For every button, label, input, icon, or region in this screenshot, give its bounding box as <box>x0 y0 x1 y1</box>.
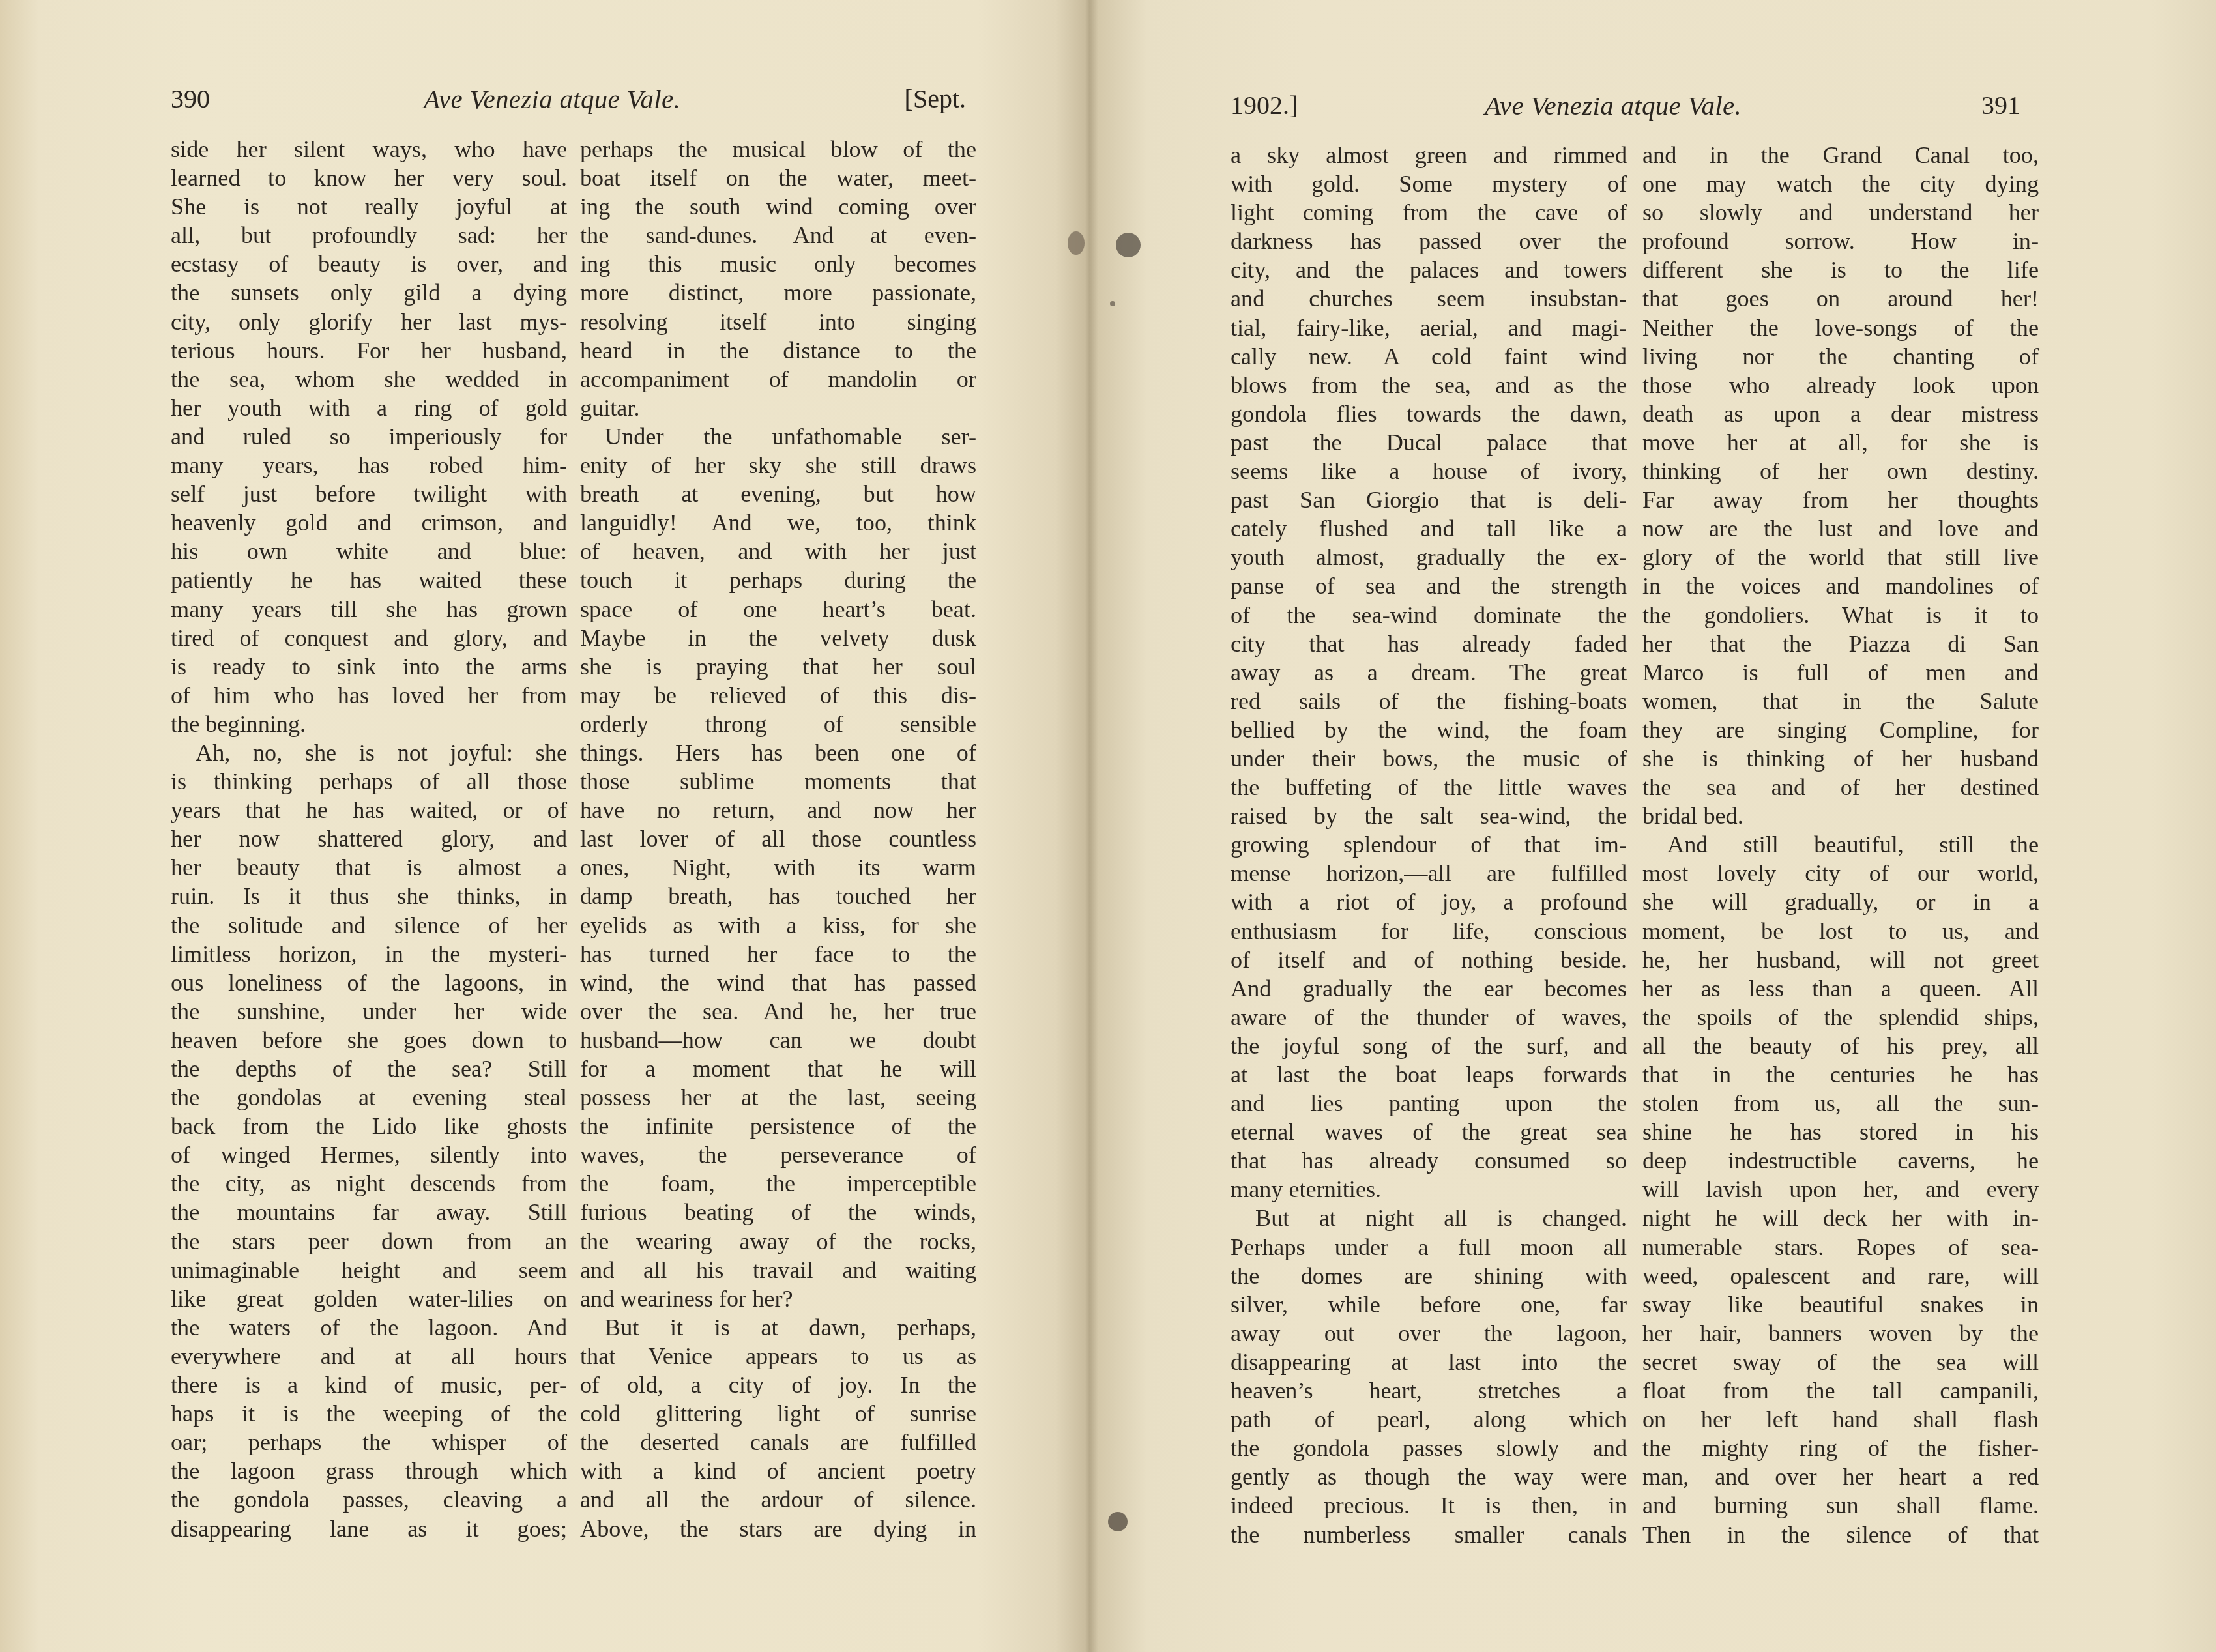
text-column: perhaps the musical blow of theboat itse… <box>580 135 976 1543</box>
text-line: ing this music only becomes <box>580 250 976 278</box>
text-column: side her silent ways, who havelearned to… <box>171 135 567 1543</box>
text-line: tired of conquest and glory, and <box>171 624 567 652</box>
text-line: the waters of the lagoon. And <box>171 1313 567 1342</box>
text-line: seems like a house of ivory, <box>1231 457 1627 485</box>
text-line: the depths of the sea? Still <box>171 1054 567 1083</box>
text-line: everywhere and at all hours <box>171 1342 567 1370</box>
text-line: the spoils of the splendid ships, <box>1642 1003 2039 1032</box>
text-line: of him who has loved her from <box>171 681 567 710</box>
text-line: most lovely city of our world, <box>1642 859 2039 888</box>
text-line: move her at all, for she is <box>1642 428 2039 457</box>
text-line: panse of sea and the strength <box>1231 572 1627 600</box>
text-line: the wearing away of the rocks, <box>580 1227 976 1256</box>
text-line: heaven’s heart, stretches a <box>1231 1376 1627 1405</box>
text-line: profound sorrow. How in- <box>1642 227 2039 255</box>
text-line: with gold. Some mystery of <box>1231 169 1627 198</box>
text-line: and all his travail and waiting <box>580 1256 976 1284</box>
text-line: light coming from the cave of <box>1231 198 1627 227</box>
text-line: heard in the distance to the <box>580 336 976 365</box>
text-line: waves, the perseverance of <box>580 1140 976 1169</box>
text-line: a sky almost green and rimmed <box>1231 141 1627 169</box>
text-line: ous loneliness of the lagoons, in <box>171 968 567 997</box>
text-line: Above, the stars are dying in <box>580 1514 976 1543</box>
text-line: path of pearl, along which <box>1231 1405 1627 1434</box>
binding-hole-mark <box>1068 231 1085 255</box>
text-line: Neither the love-songs of the <box>1642 313 2039 342</box>
text-line: past San Giorgio that is deli- <box>1231 485 1627 514</box>
date-marker: 1902.] <box>1231 86 1298 125</box>
text-line: women, that in the Salute <box>1642 687 2039 716</box>
text-line: that has already consumed so <box>1231 1146 1627 1175</box>
text-line: the joyful song of the surf, and <box>1231 1032 1627 1060</box>
text-line: But at night all is changed. <box>1231 1204 1627 1232</box>
text-line: her beauty that is almost a <box>171 853 567 882</box>
text-line: Under the unfathomable ser- <box>580 422 976 451</box>
text-line: the stars peer down from an <box>171 1227 567 1256</box>
text-line: glory of the world that still live <box>1642 543 2039 572</box>
text-line: orderly throng of sensible <box>580 710 976 738</box>
text-line: back from the Lido like ghosts <box>171 1112 567 1140</box>
text-line: float from the tall campanili, <box>1642 1376 2039 1405</box>
text-line: has turned her face to the <box>580 940 976 968</box>
text-line: cately flushed and tall like a <box>1231 514 1627 543</box>
text-line: eternal waves of the great sea <box>1231 1118 1627 1146</box>
text-line: man, and over her heart a red <box>1642 1462 2039 1491</box>
text-column: a sky almost green and rimmedwith gold. … <box>1231 141 1627 1549</box>
running-head-right: 1902.] Ave Venezia atque Vale. 391 <box>1231 86 2020 125</box>
text-line: heavenly gold and crimson, and <box>171 508 567 537</box>
text-line: husband—how can we doubt <box>580 1026 976 1054</box>
text-line: the sea, whom she wedded in <box>171 365 567 394</box>
text-line: she is praying that her soul <box>580 652 976 681</box>
text-line: side her silent ways, who have <box>171 135 567 164</box>
text-line: limitless horizon, in the mysteri- <box>171 940 567 968</box>
text-line: with a kind of ancient poetry <box>580 1456 976 1485</box>
text-line: city, and the palaces and towers <box>1231 255 1627 284</box>
text-line: eyelids as with a kiss, for she <box>580 911 976 940</box>
text-line: of heaven, and with her just <box>580 537 976 566</box>
text-line: past the Ducal palace that <box>1231 428 1627 457</box>
text-line: and in the Grand Canal too, <box>1642 141 2039 169</box>
text-line: of winged Hermes, silently into <box>171 1140 567 1169</box>
text-line: bellied by the wind, the foam <box>1231 716 1627 744</box>
text-line: city, only glorify her last mys- <box>171 308 567 336</box>
text-line: ing the south wind coming over <box>580 192 976 221</box>
text-line: and lies panting upon the <box>1231 1089 1627 1118</box>
text-line: Then in the silence of that <box>1642 1520 2039 1549</box>
text-line: tial, fairy-like, aerial, and magi- <box>1231 313 1627 342</box>
right-page: 1902.] Ave Venezia atque Vale. 391 a sky… <box>1090 0 2216 1652</box>
text-line: ruin. Is it thus she thinks, in <box>171 882 567 910</box>
text-line: all, but profoundly sad: her <box>171 221 567 250</box>
text-line: the gondolas at evening steal <box>171 1083 567 1112</box>
text-line: youth almost, gradually the ex- <box>1231 543 1627 572</box>
text-line: those who already look upon <box>1642 371 2039 399</box>
text-line: secret sway of the sea will <box>1642 1348 2039 1376</box>
text-line: of old, a city of joy. In the <box>580 1370 976 1399</box>
text-line: her that the Piazza di San <box>1642 630 2039 658</box>
text-line: of the sea-wind dominate the <box>1231 601 1627 630</box>
text-line: possess her at the last, seeing <box>580 1083 976 1112</box>
text-line: may be relieved of this dis- <box>580 681 976 710</box>
text-line: many eternities. <box>1231 1175 1627 1204</box>
text-line: the solitude and silence of her <box>171 911 567 940</box>
text-line: indeed precious. It is then, in <box>1231 1491 1627 1520</box>
text-line: Ah, no, she is not joyful: she <box>171 738 567 767</box>
text-line: ecstasy of beauty is over, and <box>171 250 567 278</box>
text-line: with a riot of joy, a profound <box>1231 888 1627 916</box>
text-line: Far away from her thoughts <box>1642 485 2039 514</box>
text-line: her youth with a ring of gold <box>171 394 567 422</box>
text-line: away out over the lagoon, <box>1231 1319 1627 1348</box>
text-line: the gondoliers. What is it to <box>1642 601 2039 630</box>
text-column: and in the Grand Canal too,one may watch… <box>1642 141 2039 1549</box>
running-title: Ave Venezia atque Vale. <box>424 80 680 119</box>
text-line: oar; perhaps the whisper of <box>171 1428 567 1456</box>
text-line: shine he has stored in his <box>1642 1118 2039 1146</box>
binding-hole-mark <box>1108 1512 1128 1531</box>
text-line: away as a dream. The great <box>1231 658 1627 687</box>
text-line: many years, has robed him- <box>171 451 567 480</box>
text-line: the sand-dunes. And at even- <box>580 221 976 250</box>
text-line: enthusiasm for life, conscious <box>1231 917 1627 946</box>
text-line: the sunshine, under her wide <box>171 997 567 1026</box>
text-line: guitar. <box>580 394 976 422</box>
text-line: touch it perhaps during the <box>580 566 976 594</box>
text-line: her now shattered glory, and <box>171 824 567 853</box>
binding-hole-mark <box>1110 301 1115 306</box>
text-line: her hair, banners woven by the <box>1642 1319 2039 1348</box>
running-title: Ave Venezia atque Vale. <box>1485 86 1742 125</box>
text-line: is ready to sink into the arms <box>171 652 567 681</box>
text-line: city that has already faded <box>1231 630 1627 658</box>
text-line: terious hours. For her husband, <box>171 336 567 365</box>
text-line: she is thinking of her husband <box>1642 744 2039 773</box>
text-line: the sunsets only gild a dying <box>171 278 567 307</box>
text-line: have no return, and now her <box>580 796 976 824</box>
binding-hole-mark <box>1116 233 1141 257</box>
text-line: the infinite persistence of the <box>580 1112 976 1140</box>
text-line: the lagoon grass through which <box>171 1456 567 1485</box>
text-line: raised by the salt sea-wind, the <box>1231 802 1627 830</box>
text-line: deep indestructible caverns, he <box>1642 1146 2039 1175</box>
text-line: so slowly and understand her <box>1642 198 2039 227</box>
text-line: haps it is the weeping of the <box>171 1399 567 1428</box>
text-line: heaven before she goes down to <box>171 1026 567 1054</box>
text-line: on her left hand shall flash <box>1642 1405 2039 1434</box>
text-line: cold glittering light of sunrise <box>580 1399 976 1428</box>
text-line: that goes on around her! <box>1642 284 2039 313</box>
text-line: Perhaps under a full moon all <box>1231 1233 1627 1262</box>
text-line: many years till she has grown <box>171 595 567 624</box>
running-head-left: 390 Ave Venezia atque Vale. [Sept. <box>171 80 966 119</box>
text-line: unimaginable height and seem <box>171 1256 567 1284</box>
text-line: self just before twilight with <box>171 480 567 508</box>
text-line: silver, while before one, far <box>1231 1290 1627 1319</box>
text-line: that Venice appears to us as <box>580 1342 976 1370</box>
text-line: Maybe in the velvety dusk <box>580 624 976 652</box>
text-line: now are the lust and love and <box>1642 514 2039 543</box>
text-line: the domes are shining with <box>1231 1262 1627 1290</box>
text-line: the deserted canals are fulfilled <box>580 1428 976 1456</box>
text-line: gently as though the way were <box>1231 1462 1627 1491</box>
text-line: and ruled so imperiously for <box>171 422 567 451</box>
text-line: breath at evening, but how <box>580 480 976 508</box>
book-spread: 390 Ave Venezia atque Vale. [Sept. side … <box>0 0 2216 1652</box>
text-line: She is not really joyful at <box>171 192 567 221</box>
page-number: 391 <box>1981 86 2020 125</box>
text-line: blows from the sea, and as the <box>1231 371 1627 399</box>
text-line: But it is at dawn, perhaps, <box>580 1313 976 1342</box>
text-line: space of one heart’s beat. <box>580 595 976 624</box>
text-line: damp breath, has touched her <box>580 882 976 910</box>
text-line: accompaniment of mandolin or <box>580 365 976 394</box>
text-line: and all the ardour of silence. <box>580 1485 976 1514</box>
text-line: aware of the thunder of waves, <box>1231 1003 1627 1032</box>
left-page: 390 Ave Venezia atque Vale. [Sept. side … <box>0 0 1090 1652</box>
text-line: like great golden water-lilies on <box>171 1284 567 1313</box>
text-line: the mighty ring of the fisher- <box>1642 1434 2039 1462</box>
text-line: there is a kind of music, per- <box>171 1370 567 1399</box>
text-line: in the voices and mandolines of <box>1642 572 2039 600</box>
text-line: boat itself on the water, meet- <box>580 164 976 192</box>
text-line: languidly! And we, too, think <box>580 508 976 537</box>
text-line: for a moment that he will <box>580 1054 976 1083</box>
text-line: death as upon a dear mistress <box>1642 399 2039 428</box>
text-line: And gradually the ear becomes <box>1231 974 1627 1003</box>
text-line: the mountains far away. Still <box>171 1198 567 1226</box>
text-line: cally new. A cold faint wind <box>1231 342 1627 371</box>
text-line: the numberless smaller canals <box>1231 1520 1627 1549</box>
text-line: moment, be lost to us, and <box>1642 917 2039 946</box>
text-line: will lavish upon her, and every <box>1642 1175 2039 1204</box>
text-line: her as less than a queen. All <box>1642 974 2039 1003</box>
text-line: the sea and of her destined <box>1642 773 2039 802</box>
text-line: growing splendour of that im- <box>1231 830 1627 859</box>
text-line: she will gradually, or in a <box>1642 888 2039 916</box>
text-line: red sails of the fishing-boats <box>1231 687 1627 716</box>
text-line: he, her husband, will not greet <box>1642 946 2039 974</box>
text-line: the gondola passes slowly and <box>1231 1434 1627 1462</box>
text-line: ones, Night, with its warm <box>580 853 976 882</box>
text-line: and churches seem insubstan- <box>1231 284 1627 313</box>
text-line: night he will deck her with in- <box>1642 1204 2039 1232</box>
text-line: all the beauty of his prey, all <box>1642 1032 2039 1060</box>
text-line: that in the centuries he has <box>1642 1060 2039 1089</box>
text-line: and weariness for her? <box>580 1284 976 1313</box>
text-line: the foam, the imperceptible <box>580 1169 976 1198</box>
page-number: 390 <box>171 80 210 119</box>
text-line: enity of her sky she still draws <box>580 451 976 480</box>
text-line: at last the boat leaps forwards <box>1231 1060 1627 1089</box>
text-line: disappearing lane as it goes; <box>171 1514 567 1543</box>
text-line: learned to know her very soul. <box>171 164 567 192</box>
text-line: perhaps the musical blow of the <box>580 135 976 164</box>
text-line: mense horizon,—all are fulfilled <box>1231 859 1627 888</box>
text-line: living nor the chanting of <box>1642 342 2039 371</box>
text-line: the beginning. <box>171 710 567 738</box>
text-line: disappearing at last into the <box>1231 1348 1627 1376</box>
text-line: more distinct, more passionate, <box>580 278 976 307</box>
text-line: patiently he has waited these <box>171 566 567 594</box>
text-line: the buffeting of the little waves <box>1231 773 1627 802</box>
text-line: things. Hers has been one of <box>580 738 976 767</box>
text-line: they are singing Compline, for <box>1642 716 2039 744</box>
text-line: Marco is full of men and <box>1642 658 2039 687</box>
text-line: and burning sun shall flame. <box>1642 1491 2039 1520</box>
text-line: is thinking perhaps of all those <box>171 767 567 796</box>
text-line: his own white and blue: <box>171 537 567 566</box>
text-line: darkness has passed over the <box>1231 227 1627 255</box>
text-line: numerable stars. Ropes of sea- <box>1642 1233 2039 1262</box>
text-line: And still beautiful, still the <box>1642 830 2039 859</box>
text-line: thinking of her own destiny. <box>1642 457 2039 485</box>
text-line: the gondola passes, cleaving a <box>171 1485 567 1514</box>
text-line: different she is to the life <box>1642 255 2039 284</box>
text-line: furious beating of the winds, <box>580 1198 976 1226</box>
text-line: of itself and of nothing beside. <box>1231 946 1627 974</box>
text-line: under their bows, the music of <box>1231 744 1627 773</box>
text-line: sway like beautiful snakes in <box>1642 1290 2039 1319</box>
text-line: resolving itself into singing <box>580 308 976 336</box>
text-line: the city, as night descends from <box>171 1169 567 1198</box>
text-line: over the sea. And he, her true <box>580 997 976 1026</box>
text-line: last lover of all those countless <box>580 824 976 853</box>
text-line: bridal bed. <box>1642 802 2039 830</box>
text-line: wind, the wind that has passed <box>580 968 976 997</box>
text-line: weed, opalescent and rare, will <box>1642 1262 2039 1290</box>
text-line: years that he has waited, or of <box>171 796 567 824</box>
text-line: those sublime moments that <box>580 767 976 796</box>
date-marker: [Sept. <box>905 80 966 119</box>
text-line: gondola flies towards the dawn, <box>1231 399 1627 428</box>
text-line: stolen from us, all the sun- <box>1642 1089 2039 1118</box>
text-line: one may watch the city dying <box>1642 169 2039 198</box>
